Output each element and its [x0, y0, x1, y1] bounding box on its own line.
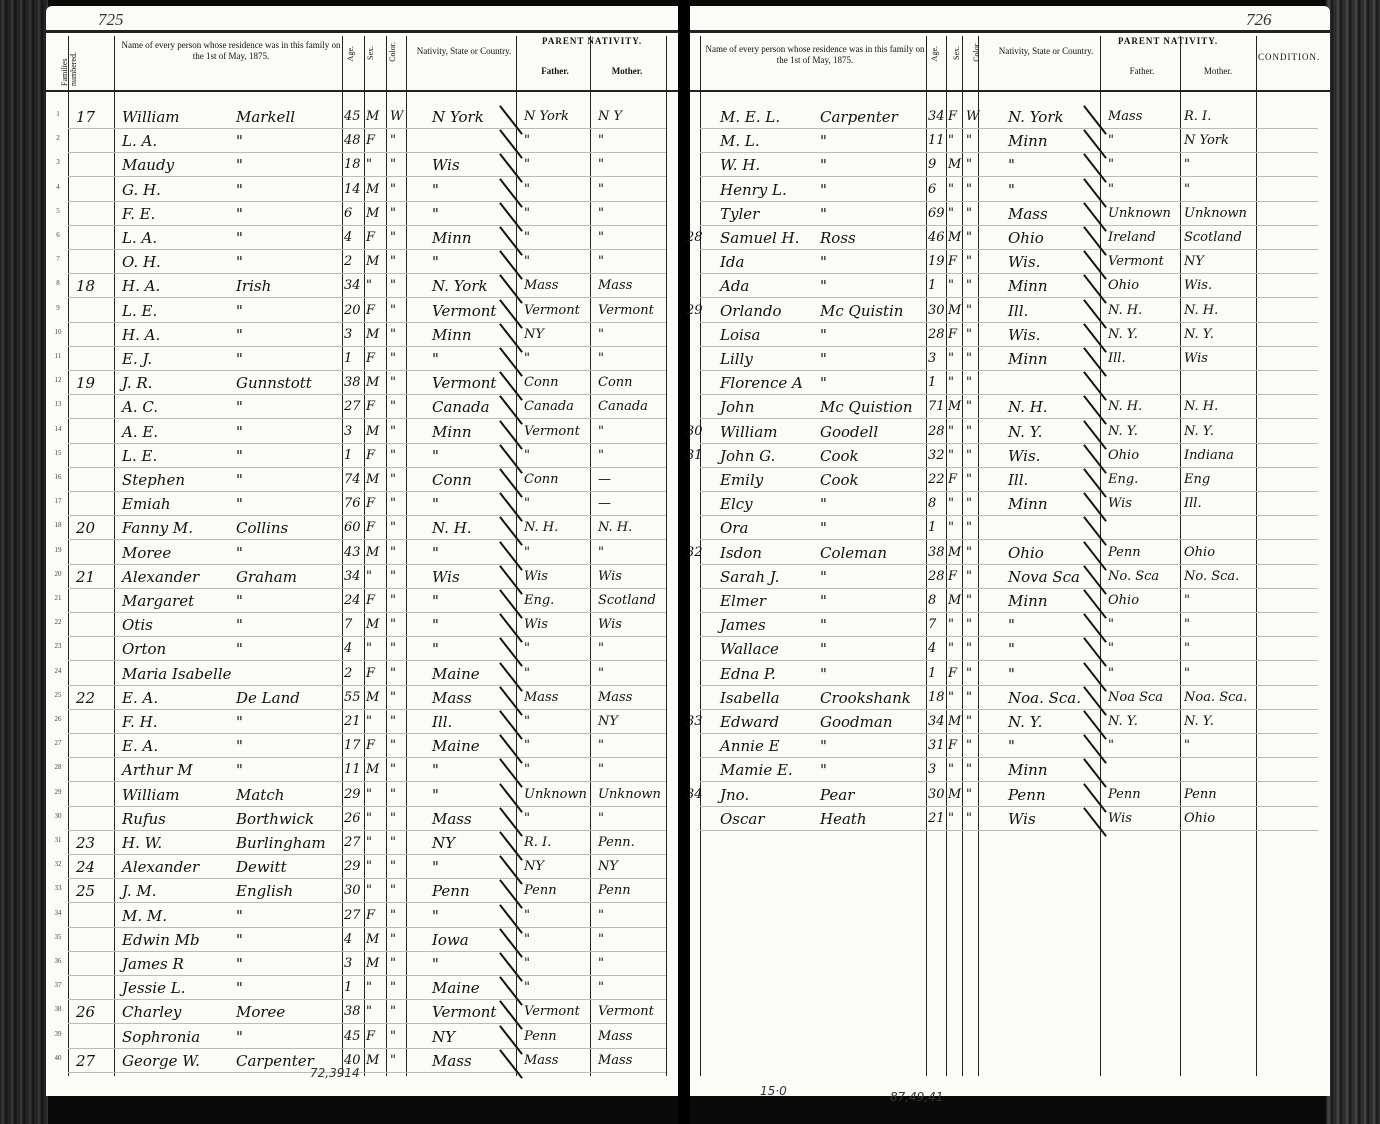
color-cell: "	[966, 517, 972, 539]
mother-nativity-cell: "	[598, 445, 604, 467]
color-cell: "	[966, 711, 972, 733]
nativity-header: Nativity, State or Country.	[996, 46, 1096, 57]
ditto-slash-mark	[1083, 178, 1107, 208]
nativity-cell: Maine	[432, 735, 480, 757]
father-nativity-cell: "	[524, 493, 530, 515]
row-rule	[68, 1048, 666, 1049]
given-name: H. W.	[122, 832, 162, 854]
color-cell: "	[966, 614, 972, 636]
given-name: M. E. L.	[720, 106, 780, 128]
nativity-cell: "	[432, 953, 439, 975]
father-nativity-cell: "	[524, 808, 530, 830]
age-cell: 8	[928, 590, 936, 612]
mother-nativity-cell: "	[1184, 638, 1190, 660]
color-cell: "	[966, 469, 972, 491]
mother-nativity-cell: N. Y.	[1184, 421, 1214, 443]
surname: Collins	[236, 517, 288, 539]
row-rule	[68, 951, 666, 952]
father-nativity-cell: Mass	[524, 1050, 558, 1072]
nativity-cell: Wis	[432, 566, 460, 588]
mother-nativity-cell: "	[598, 759, 604, 781]
sex-cell: "	[948, 203, 954, 225]
col-rule	[1180, 36, 1181, 1076]
surname: Goodell	[820, 421, 878, 443]
sex-cell: M	[366, 687, 379, 709]
surname: Moree	[236, 1001, 285, 1023]
color-cell: "	[390, 348, 396, 370]
surname: "	[236, 905, 243, 927]
sex-cell: M	[948, 396, 961, 418]
sex-cell: "	[366, 154, 372, 176]
row-rule	[68, 322, 666, 323]
age-cell: 3	[344, 421, 352, 443]
surname: "	[236, 929, 243, 951]
col-rule	[516, 36, 517, 1076]
age-cell: 30	[344, 880, 361, 902]
row-rule	[68, 660, 666, 661]
row-rule	[68, 757, 666, 758]
ditto-slash-mark	[499, 178, 523, 208]
row-rule	[700, 709, 1318, 710]
color-cell: "	[390, 832, 396, 854]
surname: "	[236, 469, 243, 491]
parent-nativity-header: PARENT NATIVITY.	[542, 36, 642, 46]
surname: "	[236, 203, 243, 225]
nativity-cell: Ohio	[1008, 227, 1044, 249]
surname: "	[820, 324, 827, 346]
given-name: L. E.	[122, 300, 157, 322]
row-rule	[700, 443, 1318, 444]
name-header: Name of every person whose residence was…	[116, 40, 346, 62]
surname: "	[236, 493, 243, 515]
nativity-cell: Vermont	[432, 1001, 496, 1023]
color-cell: "	[390, 1001, 396, 1023]
surname: "	[820, 566, 827, 588]
given-name: William	[720, 421, 778, 443]
family-number: 32	[686, 542, 703, 564]
nativity-cell: Minn	[1008, 759, 1047, 781]
left-page: 725 Families numbered. Name of every per…	[46, 6, 678, 1096]
age-cell: 55	[344, 687, 361, 709]
sex-cell: "	[366, 784, 372, 806]
ditto-slash-mark	[499, 420, 523, 450]
row-rule	[700, 322, 1318, 323]
line-number: 3	[50, 158, 66, 166]
row-rule	[700, 733, 1318, 734]
given-name: Loisa	[720, 324, 760, 346]
surname: "	[820, 130, 827, 152]
mother-nativity-cell: NY	[598, 856, 618, 878]
family-number: 18	[76, 275, 95, 297]
father-nativity-cell: "	[524, 711, 530, 733]
surname: "	[236, 542, 243, 564]
given-name: Jessie L.	[122, 977, 185, 999]
father-nativity-cell: N. H.	[524, 517, 558, 539]
given-name: George W.	[122, 1050, 200, 1072]
father-nativity-cell: "	[1108, 638, 1114, 660]
sex-cell: "	[948, 445, 954, 467]
header-bottom-rule	[690, 90, 1330, 92]
line-number: 19	[50, 546, 66, 554]
nativity-cell: Ill.	[1008, 469, 1028, 491]
father-nativity-cell: Penn	[524, 1026, 557, 1048]
father-nativity-cell: "	[524, 953, 530, 975]
color-cell: "	[966, 154, 972, 176]
given-name: Elmer	[720, 590, 766, 612]
row-rule	[68, 346, 666, 347]
color-cell: "	[390, 251, 396, 273]
sex-cell: F	[948, 106, 957, 128]
color-cell: "	[390, 784, 396, 806]
line-number: 31	[50, 836, 66, 844]
given-name: Henry L.	[720, 179, 787, 201]
row-rule	[68, 781, 666, 782]
surname: "	[820, 735, 827, 757]
given-name: Ada	[720, 275, 749, 297]
col-rule	[1100, 36, 1101, 1076]
right-footer-note-1: 15·0	[760, 1084, 787, 1098]
given-name: Isdon	[720, 542, 762, 564]
ledger-binding-left	[0, 0, 48, 1124]
ditto-slash-mark	[1083, 541, 1107, 571]
mother-nativity-cell: Penn.	[598, 832, 635, 854]
sex-cell: "	[948, 614, 954, 636]
mother-nativity-cell: "	[598, 735, 604, 757]
ditto-slash-mark	[499, 855, 523, 885]
ditto-slash-mark	[499, 662, 523, 692]
col-rule	[68, 36, 69, 1076]
nativity-cell: "	[1008, 663, 1015, 685]
mother-nativity-cell: "	[1184, 735, 1190, 757]
color-cell: "	[966, 445, 972, 467]
ditto-slash-mark	[1083, 299, 1107, 329]
nativity-cell: N. Y.	[1008, 711, 1042, 733]
color-cell: "	[966, 203, 972, 225]
color-cell: "	[390, 227, 396, 249]
father-nativity-cell: No. Sca	[1108, 566, 1159, 588]
line-number: 27	[50, 739, 66, 747]
age-cell: 6	[344, 203, 352, 225]
age-cell: 69	[928, 203, 945, 225]
given-name: Edward	[720, 711, 779, 733]
given-name: W. H.	[720, 154, 760, 176]
nativity-cell: N York	[432, 106, 484, 128]
given-name: Stephen	[122, 469, 185, 491]
ditto-slash-mark	[499, 347, 523, 377]
father-nativity-cell: "	[1108, 130, 1114, 152]
mother-nativity-cell: N Y	[598, 106, 622, 128]
mother-nativity-cell: Mass	[598, 1026, 632, 1048]
father-nativity-cell: "	[1108, 179, 1114, 201]
father-nativity-cell: Vermont	[524, 300, 580, 322]
ditto-slash-mark	[499, 710, 523, 740]
ditto-slash-mark	[1083, 396, 1107, 426]
age-cell: 28	[928, 421, 945, 443]
color-cell: "	[390, 929, 396, 951]
surname: "	[236, 130, 243, 152]
surname: Coleman	[820, 542, 887, 564]
mother-nativity-cell: "	[598, 203, 604, 225]
mother-nativity-cell: "	[598, 542, 604, 564]
mother-nativity-cell: Mass	[598, 1050, 632, 1072]
color-cell: "	[390, 856, 396, 878]
nativity-cell: Mass	[1008, 203, 1048, 225]
line-number: 4	[50, 183, 66, 191]
color-cell: "	[390, 130, 396, 152]
nativity-cell: N. Y.	[1008, 421, 1042, 443]
row-rule	[700, 273, 1318, 274]
color-cell: "	[966, 179, 972, 201]
color-cell: W	[390, 106, 403, 128]
sex-cell: "	[366, 856, 372, 878]
nativity-cell: Minn	[1008, 590, 1047, 612]
father-nativity-cell: "	[524, 735, 530, 757]
surname: "	[236, 977, 243, 999]
surname: Graham	[236, 566, 297, 588]
age-cell: 4	[344, 929, 352, 951]
age-cell: 1	[928, 275, 936, 297]
sex-cell: F	[366, 493, 375, 515]
mother-nativity-cell: —	[598, 493, 611, 515]
nativity-cell: Vermont	[432, 372, 496, 394]
row-rule	[700, 201, 1318, 202]
given-name: Edna P.	[720, 663, 776, 685]
mother-nativity-cell: No. Sca.	[1184, 566, 1239, 588]
family-number: 21	[76, 566, 95, 588]
father-nativity-cell: "	[524, 977, 530, 999]
ditto-slash-mark	[499, 952, 523, 982]
nativity-cell: "	[432, 638, 439, 660]
sex-cell: M	[366, 542, 379, 564]
father-nativity-cell: Penn	[1108, 542, 1141, 564]
ditto-slash-mark	[499, 250, 523, 280]
father-nativity-cell: Unknown	[1108, 203, 1171, 225]
father-nativity-cell: "	[524, 638, 530, 660]
row-rule	[700, 418, 1318, 419]
row-rule	[68, 733, 666, 734]
father-nativity-cell: Ireland	[1108, 227, 1156, 249]
color-cell: "	[390, 445, 396, 467]
row-rule	[700, 539, 1318, 540]
age-cell: 1	[344, 977, 352, 999]
family-number: 26	[76, 1001, 95, 1023]
age-cell: 38	[344, 372, 361, 394]
father-nativity-cell: Wis	[524, 566, 548, 588]
sex-cell: "	[948, 638, 954, 660]
mother-nativity-cell: Wis	[1184, 348, 1208, 370]
ditto-slash-mark	[1083, 154, 1107, 184]
ditto-slash-mark	[499, 613, 523, 643]
color-cell: "	[390, 1026, 396, 1048]
age-cell: 34	[928, 106, 945, 128]
row-rule	[68, 515, 666, 516]
color-cell: "	[966, 493, 972, 515]
sex-cell: M	[366, 1050, 379, 1072]
age-cell: 18	[344, 154, 361, 176]
sex-cell: "	[948, 348, 954, 370]
mother-nativity-cell: "	[598, 953, 604, 975]
nativity-cell: Wis.	[1008, 251, 1040, 273]
sex-cell: "	[366, 1001, 372, 1023]
father-nativity-cell: Eng.	[1108, 469, 1138, 491]
mother-header: Mother.	[592, 66, 662, 77]
ditto-slash-mark	[1083, 710, 1107, 740]
father-nativity-cell: "	[524, 929, 530, 951]
age-cell: 28	[928, 324, 945, 346]
age-cell: 7	[344, 614, 352, 636]
father-nativity-cell: Eng.	[524, 590, 554, 612]
row-rule	[700, 660, 1318, 661]
given-name: J. M.	[122, 880, 157, 902]
row-rule	[700, 346, 1318, 347]
ditto-slash-mark	[1083, 371, 1107, 401]
age-cell: 46	[928, 227, 945, 249]
sex-cell: "	[366, 638, 372, 660]
given-name: Lilly	[720, 348, 753, 370]
age-cell: 1	[344, 445, 352, 467]
mother-nativity-cell: Unknown	[1184, 203, 1247, 225]
given-name: Samuel H.	[720, 227, 799, 249]
row-rule	[68, 225, 666, 226]
nativity-cell: Penn	[1008, 784, 1046, 806]
col-rule	[1256, 36, 1257, 1076]
ditto-slash-mark	[1083, 492, 1107, 522]
age-header: Age.	[346, 46, 355, 61]
given-name: E. J.	[122, 348, 152, 370]
age-cell: 43	[344, 542, 361, 564]
surname: Cook	[820, 445, 859, 467]
ditto-slash-mark	[499, 396, 523, 426]
row-rule	[700, 636, 1318, 637]
row-rule	[68, 394, 666, 395]
father-nativity-cell: Vermont	[524, 1001, 580, 1023]
row-rule	[700, 249, 1318, 250]
given-name: Isabella	[720, 687, 780, 709]
color-cell: "	[966, 759, 972, 781]
surname: "	[236, 614, 243, 636]
sex-cell: M	[366, 469, 379, 491]
nativity-cell: Minn	[432, 227, 471, 249]
row-rule	[68, 927, 666, 928]
sex-cell: F	[948, 251, 957, 273]
color-cell: "	[390, 614, 396, 636]
father-nativity-cell: "	[524, 154, 530, 176]
given-name: M. L.	[720, 130, 760, 152]
age-cell: 11	[928, 130, 945, 152]
given-name: Fanny M.	[122, 517, 193, 539]
father-nativity-cell: "	[524, 663, 530, 685]
age-cell: 21	[344, 711, 361, 733]
given-name: A. C.	[122, 396, 158, 418]
ditto-slash-mark	[499, 541, 523, 571]
given-name: Margaret	[122, 590, 194, 612]
sex-cell: M	[366, 251, 379, 273]
color-cell: "	[390, 1050, 396, 1072]
given-name: Maria Isabelle	[122, 663, 232, 685]
name-header: Name of every person whose residence was…	[704, 44, 926, 66]
father-nativity-cell: Mass	[524, 275, 558, 297]
color-cell: "	[966, 784, 972, 806]
age-cell: 71	[928, 396, 945, 418]
mother-nativity-cell: "	[1184, 179, 1190, 201]
age-cell: 22	[928, 469, 945, 491]
row-rule	[68, 830, 666, 831]
given-name: H. A.	[122, 275, 160, 297]
family-number: 31	[686, 445, 703, 467]
nativity-cell: NY	[432, 832, 455, 854]
nativity-cell: Wis.	[1008, 324, 1040, 346]
surname: Heath	[820, 808, 867, 830]
sex-cell: F	[366, 445, 375, 467]
nativity-cell: "	[432, 542, 439, 564]
surname: "	[236, 711, 243, 733]
sex-cell: M	[366, 614, 379, 636]
age-cell: 3	[928, 348, 936, 370]
given-name: L. A.	[122, 130, 157, 152]
line-number: 39	[50, 1030, 66, 1038]
ditto-slash-mark	[499, 831, 523, 861]
age-cell: 19	[928, 251, 945, 273]
age-cell: 29	[344, 784, 361, 806]
col-rule	[364, 36, 365, 1076]
ditto-slash-mark	[1083, 250, 1107, 280]
sex-cell: F	[948, 566, 957, 588]
age-cell: 27	[344, 396, 361, 418]
surname: "	[236, 227, 243, 249]
line-number: 11	[50, 352, 66, 360]
nativity-cell: Minn	[1008, 493, 1047, 515]
ditto-slash-mark	[1083, 662, 1107, 692]
age-cell: 27	[344, 832, 361, 854]
father-nativity-cell: Unknown	[524, 784, 587, 806]
row-rule	[700, 685, 1318, 686]
mother-nativity-cell: Canada	[598, 396, 648, 418]
row-rule	[68, 709, 666, 710]
ditto-slash-mark	[1083, 226, 1107, 256]
line-number: 24	[50, 667, 66, 675]
line-number: 37	[50, 981, 66, 989]
color-cell: "	[966, 687, 972, 709]
sex-cell: F	[948, 663, 957, 685]
age-cell: 1	[344, 348, 352, 370]
ditto-slash-mark	[1083, 347, 1107, 377]
father-nativity-cell: "	[1108, 154, 1114, 176]
nativity-cell: N. H.	[432, 517, 472, 539]
mother-nativity-cell: "	[598, 638, 604, 660]
row-rule	[700, 564, 1318, 565]
mother-nativity-cell: "	[598, 324, 604, 346]
father-nativity-cell: N York	[524, 106, 569, 128]
sex-cell: M	[366, 929, 379, 951]
surname: Burlingham	[236, 832, 326, 854]
nativity-cell: "	[432, 784, 439, 806]
color-cell: "	[966, 251, 972, 273]
surname: Borthwick	[236, 808, 314, 830]
given-name: M. M.	[122, 905, 167, 927]
father-nativity-cell: "	[524, 759, 530, 781]
row-rule	[68, 418, 666, 419]
father-nativity-cell: Wis	[524, 614, 548, 636]
row-rule	[68, 128, 666, 129]
row-rule	[700, 176, 1318, 177]
condition-header: CONDITION.	[1258, 52, 1320, 62]
color-cell: "	[966, 735, 972, 757]
given-name: L. A.	[122, 227, 157, 249]
parent-nativity-header: PARENT NATIVITY.	[1118, 36, 1218, 46]
mother-nativity-cell: "	[1184, 154, 1190, 176]
surname: "	[236, 638, 243, 660]
surname: Crookshank	[820, 687, 911, 709]
